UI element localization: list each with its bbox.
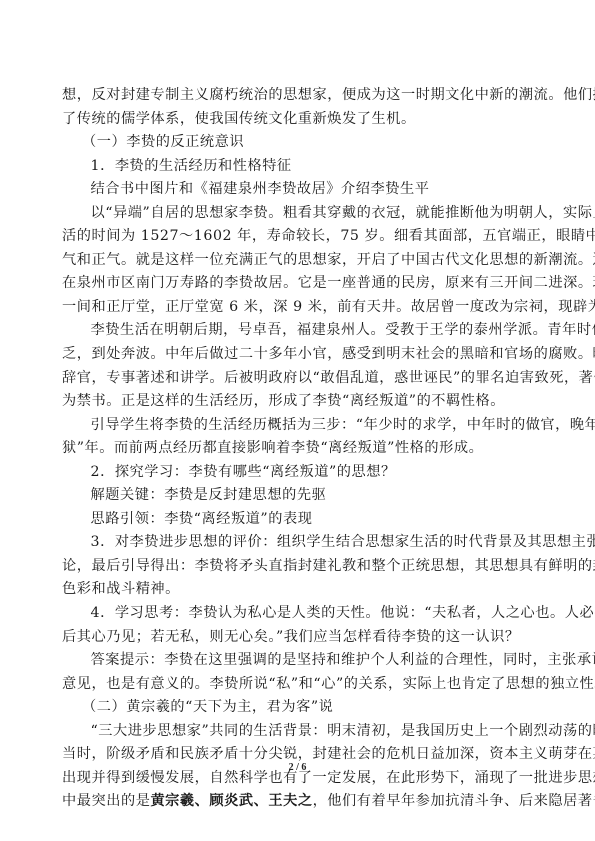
text-before: 中最突出的是	[62, 793, 150, 809]
paragraph-line: 答案提示：李贽在这里强调的是坚持和维护个人利益的合理性，同时，主张承认个性的	[62, 649, 538, 673]
paragraph-line: 思路引领：李贽“离经叛道”的表现	[62, 508, 538, 532]
paragraph-line: 2．探究学习：李贽有哪些“离经叛道”的思想？	[62, 461, 538, 485]
paragraph-line: 解题关键：李贽是反封建思想的先驱	[62, 484, 538, 508]
paragraph-line: 以“异端”自居的思想家李贽。粗看其穿戴的衣冠，就能推断他为明朝人，实际上他生	[62, 202, 538, 226]
paragraph-line: 在泉州市区南门万寿路的李贽故居。它是一座普通的民房，原来有三开间二进深。现存正面	[62, 272, 538, 296]
paragraph-line: 为禁书。正是这样的生活经历，形成了李贽“离经叛道”的不羁性格。	[62, 390, 538, 414]
text-after: ，他们有着早年参加抗清斗争、后来隐居著书立说的	[313, 793, 595, 809]
paragraph-line: 结合书中图片和《福建泉州李贽故居》介绍李贽生平	[62, 178, 538, 202]
paragraph-line: 4．学习思考：李贽认为私心是人类的天性。他说：“夫私者，人之心也。人必有私，而	[62, 602, 538, 626]
paragraph-line: 李贽生活在明朝后期，号卓吾，福建泉州人。受教于王学的泰州学派。青年时代生活困	[62, 319, 538, 343]
paragraph-line: 想，反对封建专制主义腐朽统治的思想家，便成为这一时期文化中新的潮流。他们批判继承	[62, 84, 538, 108]
document-page: 想，反对封建专制主义腐朽统治的思想家，便成为这一时期文化中新的潮流。他们批判继承…	[62, 84, 538, 814]
paragraph-line: 了传统的儒学体系，使我国传统文化重新焕发了生机。	[62, 108, 538, 132]
thinkers-names-bold: 黄宗羲、顾炎武、王夫之	[150, 793, 312, 809]
paragraph-line: 论，最后引导得出：李贽将矛头直指封建礼教和整个正统思想，其思想具有鲜明的封建叛逆	[62, 555, 538, 579]
paragraph-line: 狱”年。而前两点经历都直接影响着李贽“离经叛道”性格的形成。	[62, 437, 538, 461]
paragraph-line: 气和正气。就是这样一位充满正气的思想家，开启了中国古代文化思想的新潮流。这是座落	[62, 249, 538, 273]
paragraph-line: 后其心乃见；若无私，则无心矣。”我们应当怎样看待李贽的这一认识？	[62, 626, 538, 650]
paragraph-line: 色彩和战斗精神。	[62, 578, 538, 602]
section-heading: （一）李贽的反正统意识	[62, 131, 538, 155]
page-number: 2 / 6	[0, 762, 595, 773]
paragraph-line: 活的时间为 1527～1602 年，寿命较长，75 岁。细看其面部，五官端正，眼…	[62, 225, 538, 249]
paragraph-line: 一间和正厅堂，正厅堂宽 6 米，深 9 米，前有天井。故居曾一度改为宗祠，现辟为…	[62, 296, 538, 320]
paragraph-line: 辞官，专事著述和讲学。后被明政府以“敢倡乱道，惑世诬民”的罪名迫害致死，著作被列	[62, 367, 538, 391]
paragraph-line: 3．对李贽进步思想的评价：组织学生结合思想家生活的时代背景及其思想主张进行讨	[62, 531, 538, 555]
document-body: 想，反对封建专制主义腐朽统治的思想家，便成为这一时期文化中新的潮流。他们批判继承…	[62, 84, 538, 790]
section-heading: （二）黄宗羲的“天下为主，君为客”说	[62, 696, 538, 720]
paragraph-line-bold-names: 中最突出的是黄宗羲、顾炎武、王夫之，他们有着早年参加抗清斗争、后来隐居著书立说的	[62, 790, 538, 814]
paragraph-line: 乏，到处奔波。中年后做过二十多年小官，感受到明末社会的黑暗和官场的腐败。晚年毅然	[62, 343, 538, 367]
paragraph-line: “三大进步思想家”共同的生活背景：明末清初，是我国历史上一个剧烈动荡的时期。	[62, 720, 538, 744]
paragraph-line: 1．李贽的生活经历和性格特征	[62, 155, 538, 179]
paragraph-line: 引导学生将李贽的生活经历概括为三步：“年少时的求学，中年时的做官，晚年时的入	[62, 414, 538, 438]
paragraph-line: 意见，也是有意义的。李贽所说“私”和“心”的关系，实际上也肯定了思想的独立性。	[62, 673, 538, 697]
